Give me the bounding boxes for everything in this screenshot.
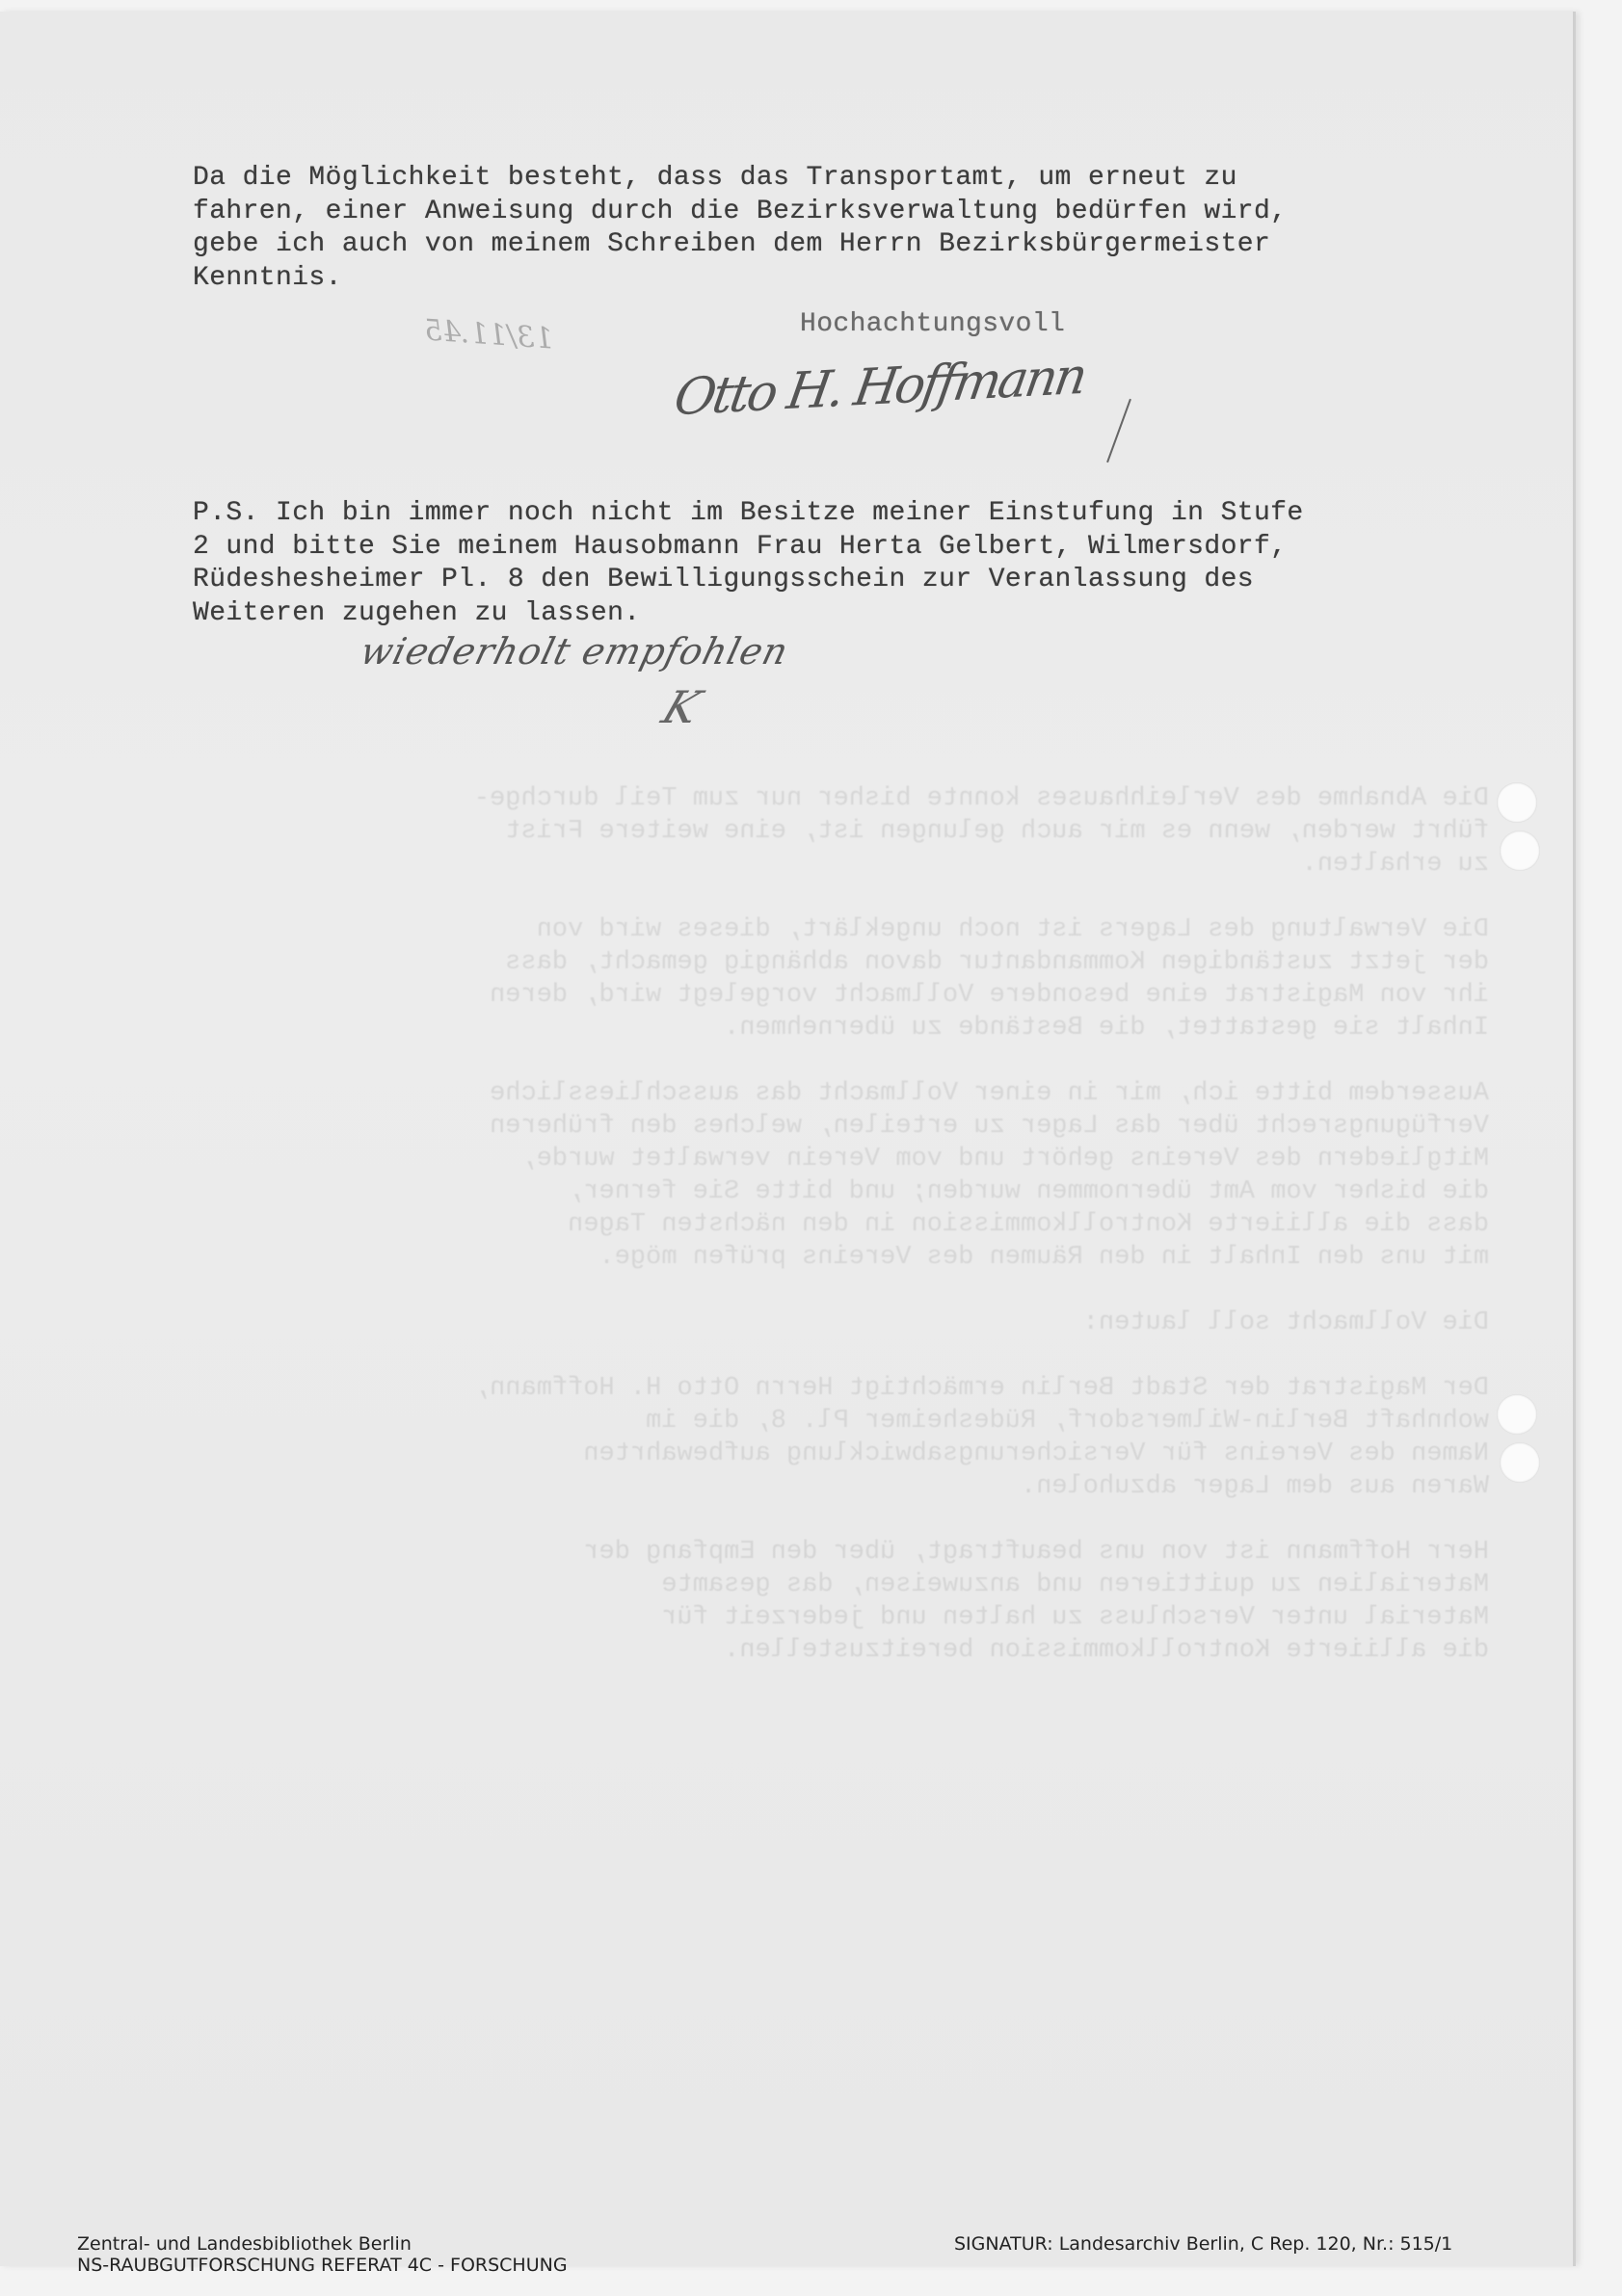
ps-line: Weiteren zugehen zu lassen. [193, 598, 640, 628]
footer-department: NS-RAUBGUTFORSCHUNG REFERAT 4C - FORSCHU… [77, 2255, 568, 2276]
handwritten-initial: K [655, 681, 707, 733]
signature-stroke [1106, 399, 1131, 462]
reverse-side-bleed-through: Die Abnahme des Verleihhauses konnte bis… [188, 782, 1489, 2151]
handwritten-date-annotation: 13/11.45 [423, 313, 554, 356]
ps-line: P.S. Ich bin immer noch nicht im Besitze… [193, 498, 1304, 528]
punch-hole [1500, 1442, 1540, 1483]
handwritten-signature: Otto H. Hoffmann [670, 348, 1088, 428]
ps-line: Rüdesheshеimer Pl. 8 den Bewilligungssch… [193, 565, 1254, 594]
footer-archive-credit: Zentral- und Landesbibliothek Berlin NS-… [77, 2233, 568, 2276]
punch-hole [1497, 782, 1537, 823]
body-line: Da die Möglichkeit besteht, dass das Tra… [193, 163, 1237, 193]
footer-signature-reference: SIGNATUR: Landesarchiv Berlin, C Rep. 12… [954, 2233, 1452, 2255]
letter-page: Die Abnahme des Verleihhauses konnte bis… [0, 12, 1576, 2266]
body-line: fahren, einer Anweisung durch die Bezirk… [193, 197, 1287, 226]
body-line: gebe ich auch von meinem Schreiben dem H… [193, 229, 1270, 259]
closing-salutation: Hochachtungsvoll [800, 308, 1065, 342]
ps-line: 2 und bitte Sie meinem Hausobmann Frau H… [193, 532, 1287, 562]
footer-library: Zentral- und Landesbibliothek Berlin [77, 2233, 412, 2255]
letter-body-paragraph: Da die Möglichkeit besteht, dass das Tra… [193, 162, 1287, 295]
punch-hole [1500, 831, 1540, 871]
body-line: Kenntnis. [193, 263, 342, 293]
postscript-paragraph: P.S. Ich bin immer noch nicht im Besitze… [193, 497, 1304, 630]
punch-hole [1497, 1394, 1537, 1435]
handwritten-note: wiederholt empfohlen [357, 630, 793, 673]
